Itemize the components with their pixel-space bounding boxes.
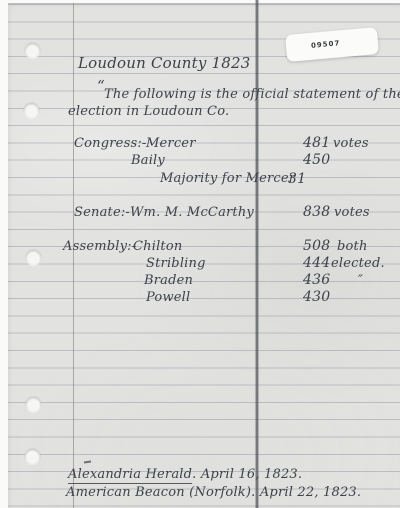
source-title: Alexandria Herald (68, 467, 192, 484)
punch-hole (25, 43, 40, 58)
source-detail: . April 16, 1823. (192, 467, 302, 482)
congress-candidate-name: Mercer (146, 137, 196, 152)
ditto-mark: ″ (358, 274, 363, 289)
assembly-heading: Assembly:- (63, 240, 136, 255)
senate-candidate-votes: 838 (303, 204, 330, 220)
assembly-candidate-name: Powell (146, 291, 190, 306)
votes-unit-label: votes (334, 206, 370, 221)
congress-candidate-votes: 450 (303, 152, 330, 168)
page-title: Loudoun County 1823 (78, 55, 250, 72)
punch-hole (26, 397, 41, 412)
majority-value: 31 (288, 171, 306, 187)
punch-hole (26, 250, 41, 265)
senate-candidate-name: Wm. M. McCarthy (130, 206, 254, 221)
assembly-candidate-name: Chilton (133, 240, 182, 255)
scanned-document-page: 09507 Loudoun County 1823 “ The followin… (0, 0, 400, 508)
congress-candidate-name: Baily (131, 154, 165, 169)
assembly-candidate-name: Braden (144, 274, 193, 289)
assembly-candidate-votes: 444 (303, 255, 330, 271)
source-title: American Beacon (Norfolk) (66, 485, 251, 500)
assembly-candidate-votes: 508 (303, 238, 330, 254)
assembly-note: both (337, 240, 368, 255)
left-margin-rule (73, 3, 74, 508)
majority-note: Majority for Mercer (160, 172, 295, 187)
assembly-note: elected. (331, 257, 385, 272)
source-citation: Alexandria Herald. April 16, 1823. (68, 468, 302, 483)
punch-hole (25, 449, 40, 464)
senate-heading: Senate:- (74, 206, 130, 221)
assembly-candidate-name: Stribling (146, 257, 206, 272)
source-citation: American Beacon (Norfolk). April 22, 182… (66, 486, 361, 501)
intro-line-2: election in Loudoun Co. (68, 105, 229, 120)
intro-line-1: The following is the official statement … (104, 88, 400, 103)
source-detail: . April 22, 1823. (251, 485, 361, 500)
congress-heading: Congress:- (74, 137, 147, 152)
congress-candidate-votes: 481 (303, 135, 330, 151)
assembly-candidate-votes: 430 (303, 289, 330, 305)
punch-hole (24, 103, 39, 118)
center-fold-line (255, 0, 259, 508)
votes-unit-label: votes (333, 137, 369, 152)
assembly-candidate-votes: 436 (303, 272, 330, 288)
catalog-number: 09507 (311, 39, 341, 50)
